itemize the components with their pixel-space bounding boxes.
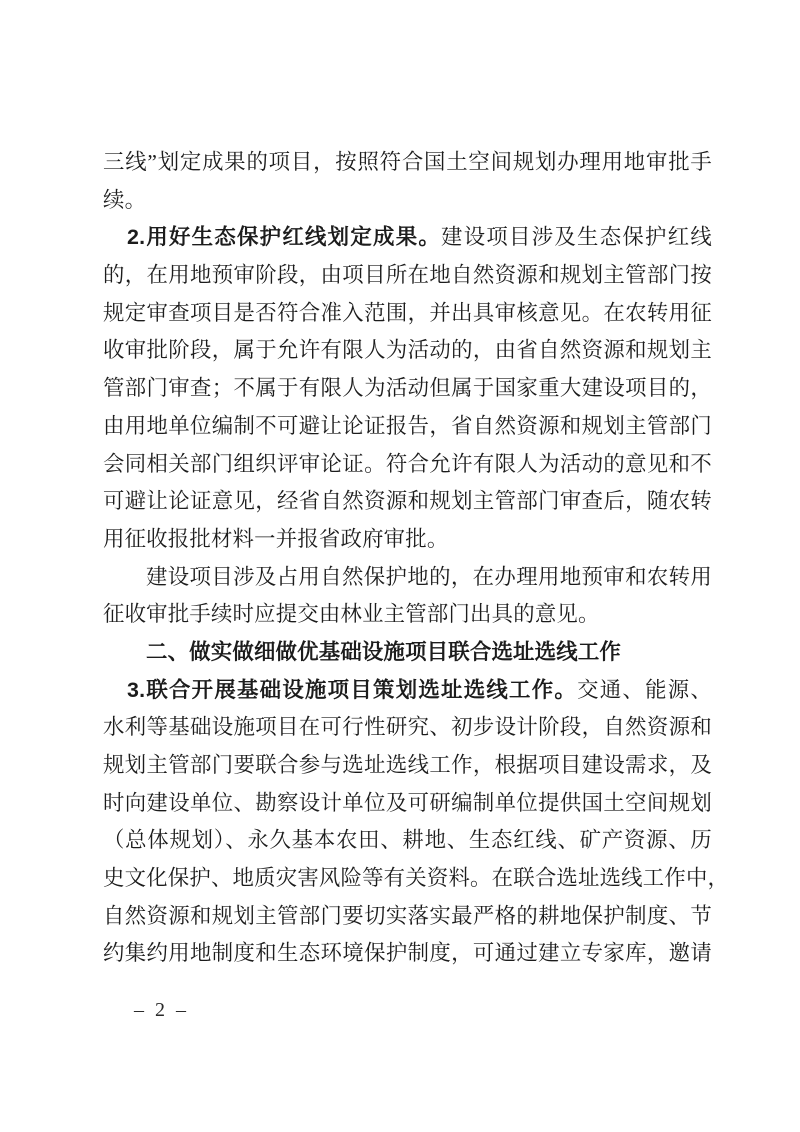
- text-line: 的，在用地预审阶段，由项目所在地自然资源和规划主管部门按: [103, 257, 712, 295]
- bold-heading-segment: 二、做实做细做优基础设施项目联合选址选线工作: [146, 640, 621, 664]
- page-number: – 2 –: [134, 996, 189, 1024]
- text-line: 三线”划定成果的项目，按照符合国土空间规划办理用地审批手: [103, 144, 712, 182]
- text-line: 自然资源和规划主管部门要切实落实最严格的耕地保护制度、节: [103, 898, 712, 936]
- bold-heading-segment: 3.联合开展基础设施项目策划选址选线工作。: [127, 678, 577, 702]
- text-segment: 时向建设单位、勘察设计单位及可研编制单位提供国土空间规划: [103, 791, 712, 815]
- text-line: 建设项目涉及占用自然保护地的，在办理用地预审和农转用: [103, 559, 712, 597]
- text-line: 2.用好生态保护红线划定成果。建设项目涉及生态保护红线: [103, 219, 712, 257]
- text-segment: 可避让论证意见，经省自然资源和规划主管部门审查后，随农转: [103, 489, 712, 513]
- text-line: 水利等基础设施项目在可行性研究、初步设计阶段，自然资源和: [103, 709, 712, 747]
- text-line: 收审批阶段，属于允许有限人为活动的，由省自然资源和规划主: [103, 332, 712, 370]
- text-segment: 自然资源和规划主管部门要切实落实最严格的耕地保护制度、节: [103, 904, 712, 928]
- text-segment: 约集约用地制度和生态环境保护制度，可通过建立专家库，邀请: [103, 941, 712, 965]
- text-line: 史文化保护、地质灾害风险等有关资料。在联合选址选线工作中，: [103, 860, 712, 898]
- text-segment: 会同相关部门组织评审论证。符合允许有限人为活动的意见和不: [103, 452, 712, 476]
- text-segment: 交通、能源、: [577, 678, 712, 702]
- text-segment: 用征收报批材料一并报省政府审批。: [103, 527, 448, 551]
- text-segment: （总体规划）、永久基本农田、耕地、生态红线、矿产资源、历: [103, 828, 712, 852]
- text-line: 用征收报批材料一并报省政府审批。: [103, 521, 712, 559]
- text-segment: 由用地单位编制不可避让论证报告，省自然资源和规划主管部门: [103, 414, 712, 438]
- text-line: 续。: [103, 182, 712, 220]
- text-segment: 建设项目涉及占用自然保护地的，在办理用地预审和农转用: [146, 565, 712, 589]
- text-line: 征收审批手续时应提交由林业主管部门出具的意见。: [103, 596, 712, 634]
- text-line: 由用地单位编制不可避让论证报告，省自然资源和规划主管部门: [103, 408, 712, 446]
- text-line: 规定审查项目是否符合准入范围，并出具审核意见。在农转用征: [103, 295, 712, 333]
- document-body: 三线”划定成果的项目，按照符合国土空间规划办理用地审批手续。2.用好生态保护红线…: [103, 144, 712, 973]
- text-segment: 的，在用地预审阶段，由项目所在地自然资源和规划主管部门按: [103, 263, 712, 287]
- text-segment: 管部门审查；不属于有限人为活动但属于国家重大建设项目的，: [103, 376, 712, 400]
- text-line: 规划主管部门要联合参与选址选线工作，根据项目建设需求，及: [103, 747, 712, 785]
- text-line: 时向建设单位、勘察设计单位及可研编制单位提供国土空间规划: [103, 785, 712, 823]
- text-segment: 史文化保护、地质灾害风险等有关资料。在联合选址选线工作中，: [103, 866, 729, 890]
- document-page: 三线”划定成果的项目，按照符合国土空间规划办理用地审批手续。2.用好生态保护红线…: [0, 0, 800, 1132]
- text-segment: 收审批阶段，属于允许有限人为活动的，由省自然资源和规划主: [103, 338, 712, 362]
- text-line: 二、做实做细做优基础设施项目联合选址选线工作: [103, 634, 712, 672]
- bold-heading-segment: 2.用好生态保护红线划定成果。: [127, 225, 441, 249]
- text-segment: 征收审批手续时应提交由林业主管部门出具的意见。: [103, 602, 600, 626]
- text-line: （总体规划）、永久基本农田、耕地、生态红线、矿产资源、历: [103, 822, 712, 860]
- text-line: 可避让论证意见，经省自然资源和规划主管部门审查后，随农转: [103, 483, 712, 521]
- text-line: 会同相关部门组织评审论证。符合允许有限人为活动的意见和不: [103, 446, 712, 484]
- text-segment: 水利等基础设施项目在可行性研究、初步设计阶段，自然资源和: [103, 715, 712, 739]
- text-segment: 规划主管部门要联合参与选址选线工作，根据项目建设需求，及: [103, 753, 712, 777]
- text-segment: 三线”划定成果的项目，按照符合国土空间规划办理用地审批手: [103, 150, 712, 174]
- text-line: 约集约用地制度和生态环境保护制度，可通过建立专家库，邀请: [103, 935, 712, 973]
- text-line: 管部门审查；不属于有限人为活动但属于国家重大建设项目的，: [103, 370, 712, 408]
- text-segment: 规定审查项目是否符合准入范围，并出具审核意见。在农转用征: [103, 301, 712, 325]
- text-line: 3.联合开展基础设施项目策划选址选线工作。交通、能源、: [103, 672, 712, 710]
- text-segment: 建设项目涉及生态保护红线: [441, 225, 712, 249]
- text-segment: 续。: [103, 188, 146, 212]
